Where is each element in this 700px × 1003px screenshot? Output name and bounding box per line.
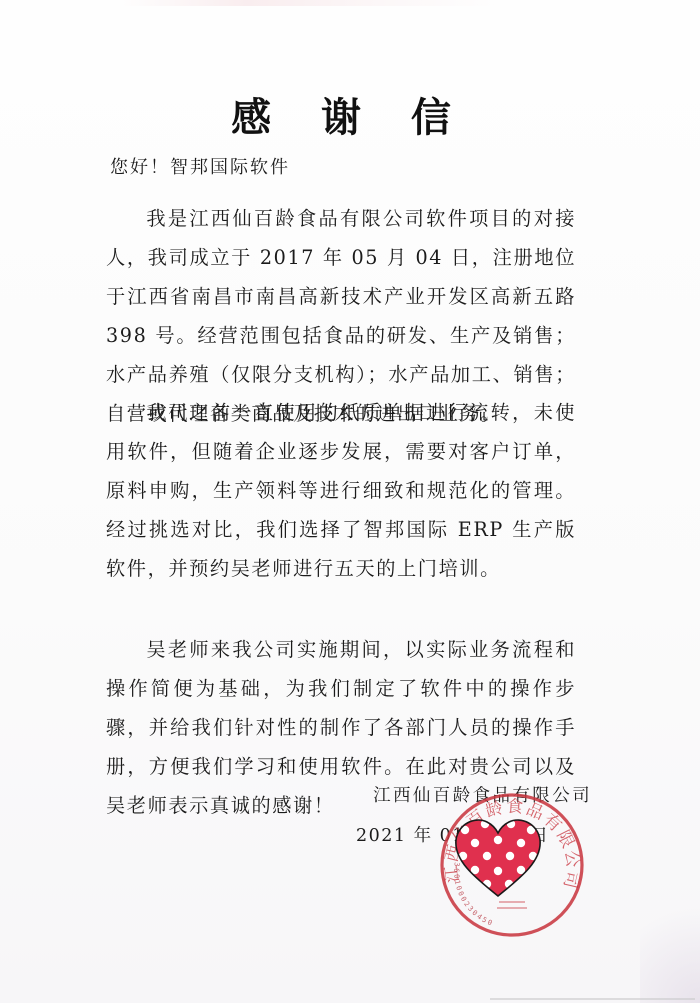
letter-greeting: 您好！智邦国际软件 [110, 153, 290, 179]
body-paragraph-2: 我司之前一直使用的纸质单据进行流转，未使用软件，但随着企业逐步发展，需要对客户订… [106, 393, 576, 588]
letter-page: 感 谢 信 您好！智邦国际软件 我是江西仙百龄食品有限公司软件项目的对接人，我司… [0, 0, 700, 1003]
polka-dot-heart-icon [453, 816, 543, 898]
letter-title: 感 谢 信 [0, 86, 700, 143]
paper-corner-shadow [640, 880, 700, 1003]
scan-bleed-through [120, 0, 500, 6]
paper-edge [490, 998, 695, 1000]
